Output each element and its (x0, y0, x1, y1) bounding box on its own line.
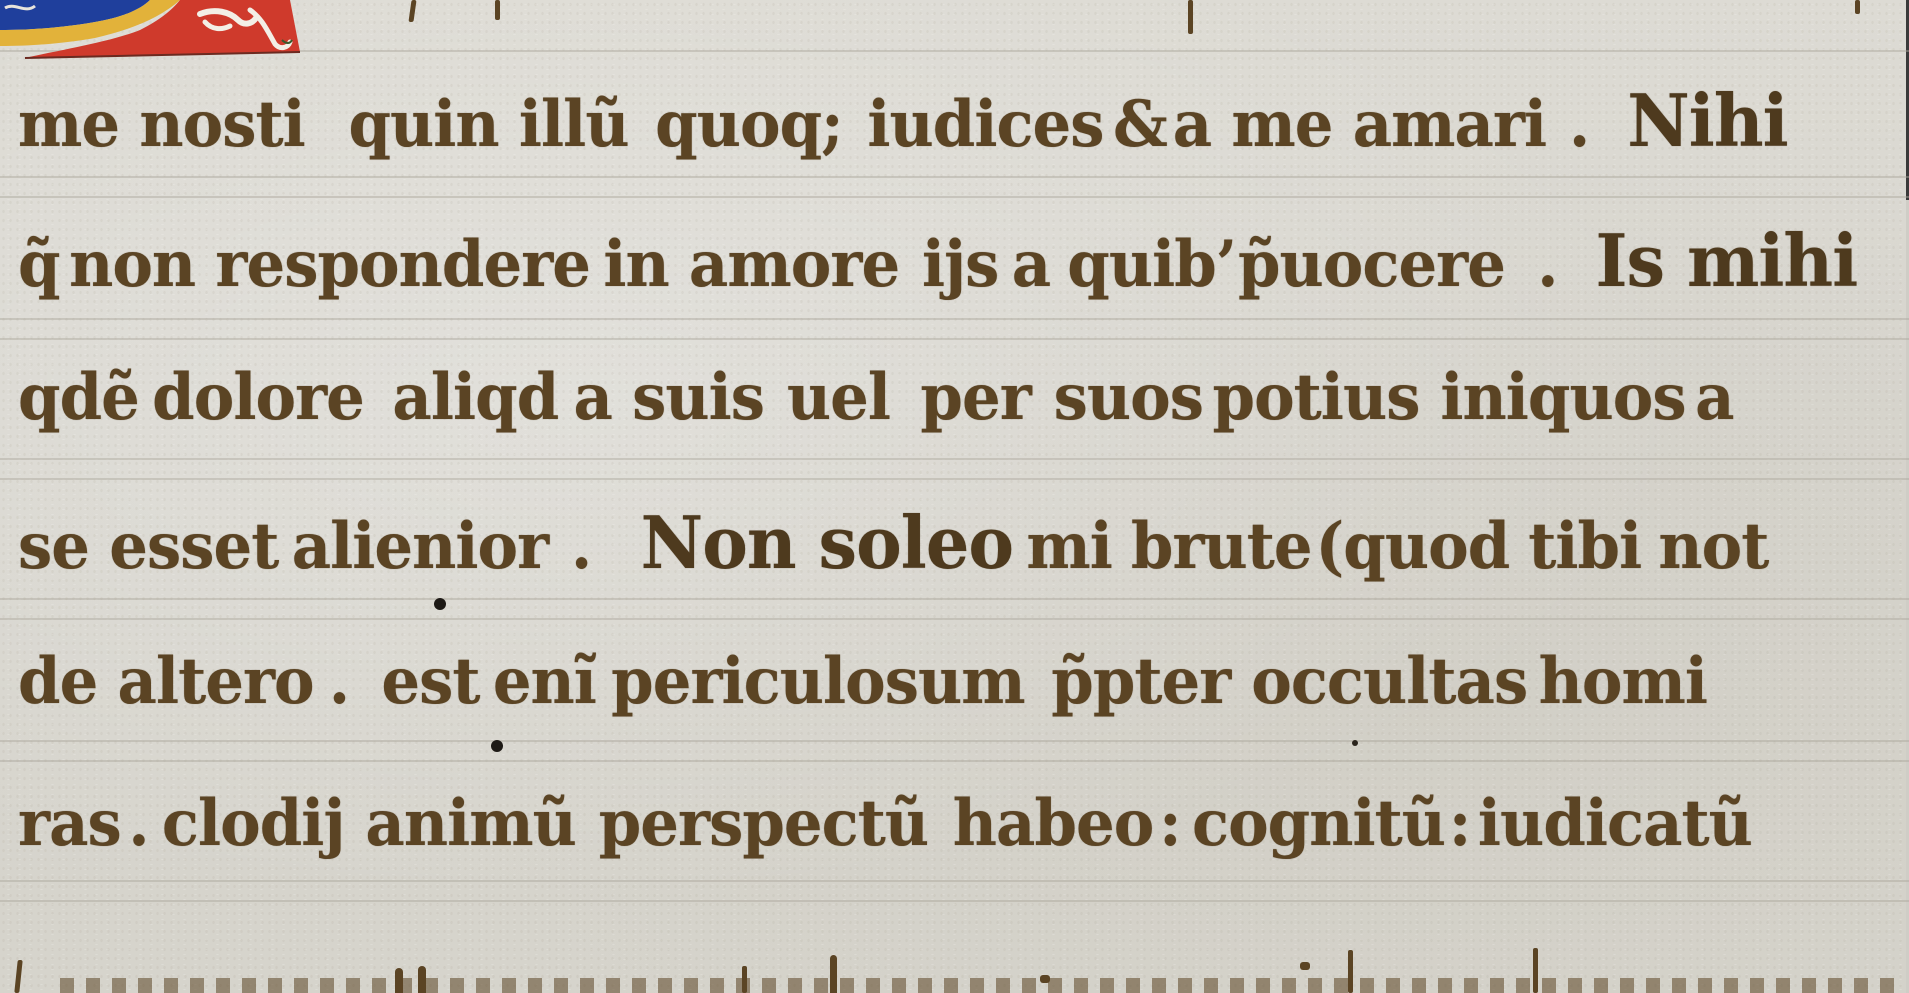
word: quib’ (1067, 227, 1236, 302)
punctus: . (1569, 87, 1589, 162)
descender-fragment (408, 0, 416, 22)
word: brute (1131, 509, 1312, 584)
ruled-line (0, 478, 1909, 480)
word: mi (1026, 509, 1112, 584)
word: aliqd (392, 360, 558, 435)
word: enĩ (493, 644, 596, 719)
punctus: . (128, 786, 148, 861)
manuscript-line-5: de altero.estenĩpericulosump̃pteroccult… (18, 644, 1707, 719)
word: a me amari (1173, 87, 1546, 162)
word: Is mihi (1596, 218, 1858, 303)
word: q̃ (18, 227, 60, 302)
punctus: . (571, 509, 591, 584)
word: qdẽ (18, 360, 139, 435)
word: dolore (152, 360, 364, 435)
descender-fragment (1188, 0, 1193, 34)
manuscript-line-4: se essetalienior.Non soleomibrute(quodti… (18, 500, 1768, 585)
ruled-line (0, 618, 1909, 620)
word: occultas (1251, 644, 1527, 719)
word: (quod (1315, 509, 1509, 584)
word: Non soleo (641, 500, 1013, 585)
descender-fragment (1855, 0, 1860, 14)
word: ras (18, 786, 121, 861)
colon: : (1159, 786, 1180, 861)
ruled-line (0, 760, 1909, 762)
descender-fragment (495, 0, 500, 20)
ruled-line (0, 338, 1909, 340)
word: clodij (162, 786, 345, 861)
word: per (920, 360, 1030, 435)
abbreviation-mark (1300, 962, 1310, 970)
illuminated-initial (0, 0, 305, 62)
ascender-fragment (14, 960, 22, 993)
ink-dot (1352, 740, 1358, 746)
word: in amore (603, 227, 899, 302)
punctus: . (1537, 227, 1557, 302)
word: non respondere (69, 227, 590, 302)
ruled-line (0, 196, 1909, 198)
manuscript-line-6: ras.clodijanimũperspectũhabeo:cognitũ… (18, 786, 1752, 861)
word: iniquos (1440, 360, 1685, 435)
ruled-line (0, 900, 1909, 902)
word: iudices (867, 87, 1103, 162)
word: habeo (953, 786, 1154, 861)
cropped-line-7-tops (60, 978, 1900, 993)
word: homi (1539, 644, 1707, 719)
word: suos (1054, 360, 1203, 435)
word: periculosum (611, 644, 1025, 719)
word: a suis (573, 360, 764, 435)
word: p̃pter (1051, 644, 1230, 719)
punctus: . (329, 644, 349, 719)
word: quoq; (655, 87, 842, 162)
word: a (1695, 360, 1733, 435)
word: Nihi (1627, 78, 1787, 163)
word: iudicatũ (1478, 786, 1752, 861)
manuscript-line-2: q̃non responderein amoreijsaquib’p̃uocer… (18, 218, 1857, 303)
word: me nosti (18, 87, 305, 162)
word: de altero (18, 644, 314, 719)
ruled-line (0, 318, 1909, 320)
ruled-line (0, 458, 1909, 460)
word: p̃uocere (1238, 227, 1505, 302)
ruled-line (0, 880, 1909, 882)
word: uel (787, 360, 890, 435)
ink-dot (434, 598, 446, 610)
word: ijs (922, 227, 998, 302)
word: potius (1213, 360, 1420, 435)
ruled-line (0, 598, 1909, 600)
word: cognitũ (1192, 786, 1445, 861)
manuscript-line-3: qdẽdolorealiqda suisuelpersuospotiusini… (18, 360, 1734, 435)
word: est (381, 644, 479, 719)
word: perspectũ (599, 786, 928, 861)
word: animũ (365, 786, 575, 861)
manuscript-line-1: me nostiquin illũquoq;iudices&a me amar… (18, 78, 1788, 163)
ampersand: & (1113, 87, 1167, 162)
manuscript-page: me nostiquin illũquoq;iudices&a me amar… (0, 0, 1909, 993)
word: not (1658, 509, 1768, 584)
word: se esset (18, 509, 278, 584)
word: quin illũ (348, 87, 628, 162)
ink-dot (491, 740, 503, 752)
ruled-line (0, 176, 1909, 178)
ruled-line (0, 740, 1909, 742)
word: alienior (292, 509, 549, 584)
word: tibi (1528, 509, 1641, 584)
word: a (1012, 227, 1050, 302)
colon: : (1449, 786, 1470, 861)
